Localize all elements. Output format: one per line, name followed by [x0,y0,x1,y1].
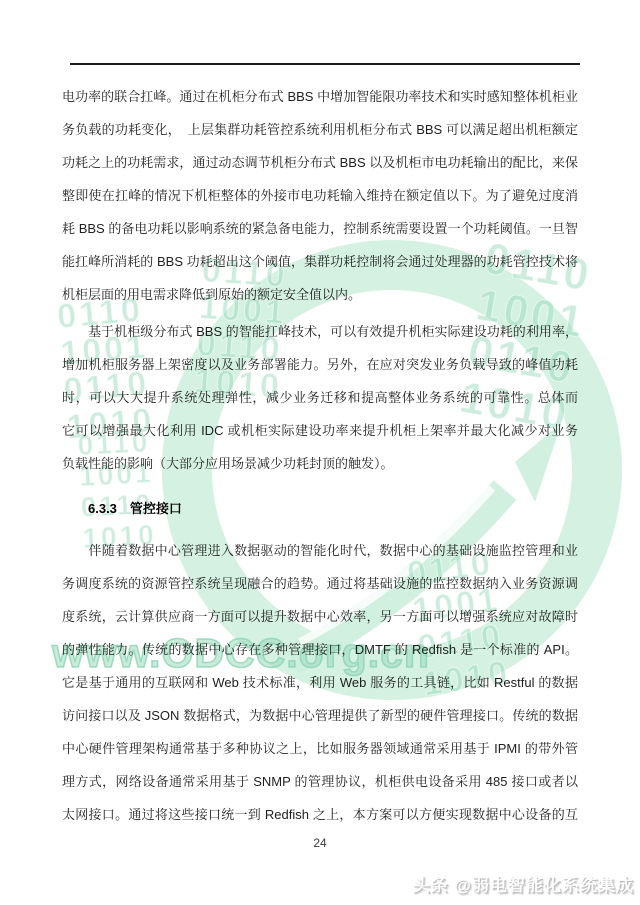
text-line: 基于机柜级分布式 BBS 的智能扛峰技术，可以有效提升机柜实际建设功耗的利用率， [62,315,578,348]
page-number: 24 [0,836,640,850]
text-line: 访问接口以及 JSON 数据格式，为数据中心管理提供了新型的硬件管理接口。传统的… [62,699,578,732]
document-body: 电功率的联合扛峰。通过在机柜分布式 BBS 中增加智能限功率技术和实时感知整体机… [62,80,578,831]
section-heading-block: 6.3.3 管控接口 [62,492,578,525]
text-line: 时，可以大大提升系统处理弹性，减少业务迁移和提高整体业务系统的可靠性。总体而言， [62,381,578,414]
text-line: 它可以增强最大化利用 IDC 或机柜实际建设功率来提升机柜上架率并最大化减少对业… [62,414,578,447]
text-line: 务负载的功耗变化， 上层集群功耗管控系统利用机柜分布式 BBS 可以满足超出机柜… [62,113,578,146]
document-page: 0110 1001 0110 1010 0110 1001 0110 1010 … [0,0,640,905]
text-line: 务调度系统的资源管控系统呈现融合的趋势。通过将基础设施的监控数据纳入业务资源调 [62,567,578,600]
section-heading: 6.3.3 管控接口 [62,492,578,525]
paragraph: 电功率的联合扛峰。通过在机柜分布式 BBS 中增加智能限功率技术和实时感知整体机… [62,80,578,311]
text-line: 理方式，网络设备通常采用基于 SNMP 的管理协议，机柜供电设备采用 485 接… [62,765,578,798]
text-line: 伴随着数据中心管理进入数据驱动的智能化时代，数据中心的基础设施监控管理和业 [62,534,578,567]
text-line: 机柜层面的用电需求降低到原始的额定安全值以内。 [62,278,578,311]
text-line: 它是基于通用的互联网和 Web 技术标准，利用 Web 服务的工具链，比如 Re… [62,666,578,699]
text-line: 整即使在扛峰的情况下机柜整体的外接市电功耗输入维持在额定值以下。为了避免过度消 [62,179,578,212]
text-line: 负载性能的影响（大部分应用场景减少功耗封顶的触发）。 [62,447,578,480]
text-line: 能扛峰所消耗的 BBS 功耗超出这个阈值，集群功耗控制将会通过处理器的功耗管控技… [62,245,578,278]
text-line: 增加机柜服务器上架密度以及业务部署能力。另外，在应对突发业务负载导致的峰值功耗 [62,348,578,381]
toutiao-credit-watermark: 头条 @弱电智能化系统集成 [413,871,634,896]
text-line: 中心硬件管理架构通常基于多种协议之上，比如服务器领域通常采用基于 IPMI 的带… [62,732,578,765]
text-line: 太网接口。通过将这些接口统一到 Redfish 之上，本方案可以方便实现数据中心… [62,798,578,831]
paragraph: 伴随着数据中心管理进入数据驱动的智能化时代，数据中心的基础设施监控管理和业务调度… [62,534,578,831]
text-line: 耗 BBS 的备电功耗以影响系统的紧急备电能力，控制系统需要设置一个功耗阈值。一… [62,212,578,245]
header-rule [70,63,580,65]
text-line: 的弹性能力。传统的数据中心存在多种管理接口，DMTF 的 Redfish 是一个… [62,633,578,666]
text-line: 功耗之上的功耗需求，通过动态调节机柜分布式 BBS 以及机柜市电功耗输出的配比，… [62,146,578,179]
text-line: 电功率的联合扛峰。通过在机柜分布式 BBS 中增加智能限功率技术和实时感知整体机… [62,80,578,113]
text-line: 度系统，云计算供应商一方面可以提升数据中心效率，另一方面可以增强系统应对故障时 [62,600,578,633]
paragraph: 基于机柜级分布式 BBS 的智能扛峰技术，可以有效提升机柜实际建设功耗的利用率，… [62,315,578,480]
